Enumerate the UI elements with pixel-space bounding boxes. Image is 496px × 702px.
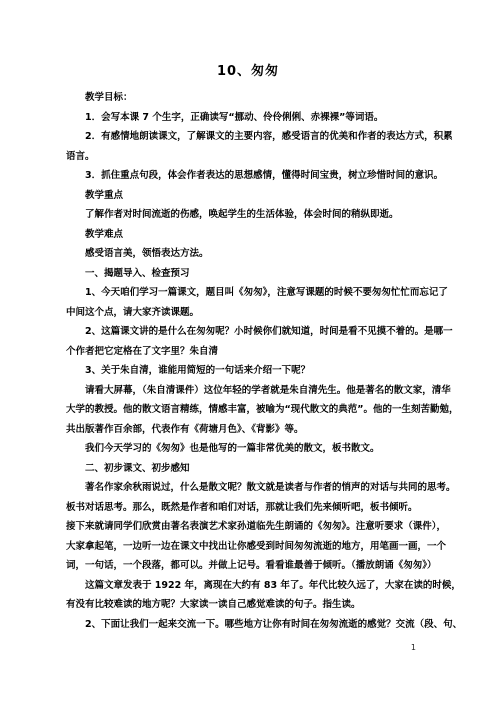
text-line: 语言。 (66, 147, 434, 167)
text-line: 共出版著作百余部，代表作有《荷塘月色》、《背影》等。 (66, 420, 434, 440)
text-line: 1．会写本课 7 个生字，正确读写“挪动、伶伶俐俐、赤裸裸”等词语。 (66, 108, 434, 128)
text-line: 接下来就请同学们欣赏由著名表演艺术家孙道临先生朗诵的《匆匆》。注意听要求（课件）… (66, 517, 434, 537)
text-line: 一、揭题导入、检查预习 (66, 264, 434, 284)
text-line: 词，一句话，一个段落，都可以。并做上记号。看看谁最善于倾听。（播放朗诵《匆匆》） (66, 556, 434, 576)
document-title: 10、匆匆 (0, 63, 496, 81)
document-body: 教学目标：1．会写本课 7 个生字，正确读写“挪动、伶伶俐俐、赤裸裸”等词语。2… (66, 88, 434, 634)
text-line: 3．抓住重点句段，体会作者表达的思想感情，懂得时间宝贵，树立珍惜时间的意识。 (66, 166, 434, 186)
text-line: 2、这篇课文讲的是什么在匆匆呢？小时候你们就知道，时间是看不见摸不着的。是哪一 (66, 322, 434, 342)
text-line: 二、初步课文、初步感知 (66, 459, 434, 479)
text-line: 感受语言美，领悟表达方法。 (66, 244, 434, 264)
text-line: 2．有感情地朗读课文，了解课文的主要内容，感受语言的优美和作者的表达方式，积累 (66, 127, 434, 147)
text-line: 教学目标： (66, 88, 434, 108)
text-line: 3、关于朱自清，谁能用简短的一句话来介绍一下呢？ (66, 361, 434, 381)
text-line: 教学难点 (66, 225, 434, 245)
text-line: 1、今天咱们学习一篇课文，题目叫《匆匆》，注意写课题的时候不要匆匆忙忙而忘记了 (66, 283, 434, 303)
text-line: 大学的教授。他的散文语言精练，情感丰富，被喻为“现代散文的典范”。他的一生刻苦勤… (66, 400, 434, 420)
text-line: 这篇文章发表于 1922 年，离现在大约有 83 年了。年代比较久远了，大家在读… (66, 576, 434, 596)
document-page: 10、匆匆 教学目标：1．会写本课 7 个生字，正确读写“挪动、伶伶俐俐、赤裸裸… (0, 0, 496, 702)
text-line: 2、下面让我们一起来交流一下。哪些地方让你有时间在匆匆流逝的感觉？交流（段、句、 (66, 615, 434, 635)
text-line: 有没有比较难读的地方呢？大家读一读自己感觉难读的句子。指生读。 (66, 595, 434, 615)
text-line: 个作者把它定格在了文字里？朱自清 (66, 342, 434, 362)
text-line: 大家拿起笔，一边听一边在课文中找出让你感受到时间匆匆流逝的地方，用笔画一画，一个 (66, 537, 434, 557)
text-line: 我们今天学习的《匆匆》也是他写的一篇非常优美的散文，板书散文。 (66, 439, 434, 459)
page-number: 1 (411, 643, 416, 652)
text-line: 板书对话思考。那么，既然是作者和咱们对话，那就让我们先来倾听吧，板书倾听。 (66, 498, 434, 518)
text-line: 请看大屏幕，（朱自清课件）这位年轻的学者就是朱自清先生。他是著名的散文家，清华 (66, 381, 434, 401)
text-line: 了解作者对时间流逝的伤感，唤起学生的生活体验，体会时间的稍纵即逝。 (66, 205, 434, 225)
text-line: 教学重点 (66, 186, 434, 206)
text-line: 中间这个点，请大家齐读课题。 (66, 303, 434, 323)
text-line: 著名作家余秋雨说过，什么是散文呢？散文就是读者与作者的悄声的对话与共同的思考。 (66, 478, 434, 498)
